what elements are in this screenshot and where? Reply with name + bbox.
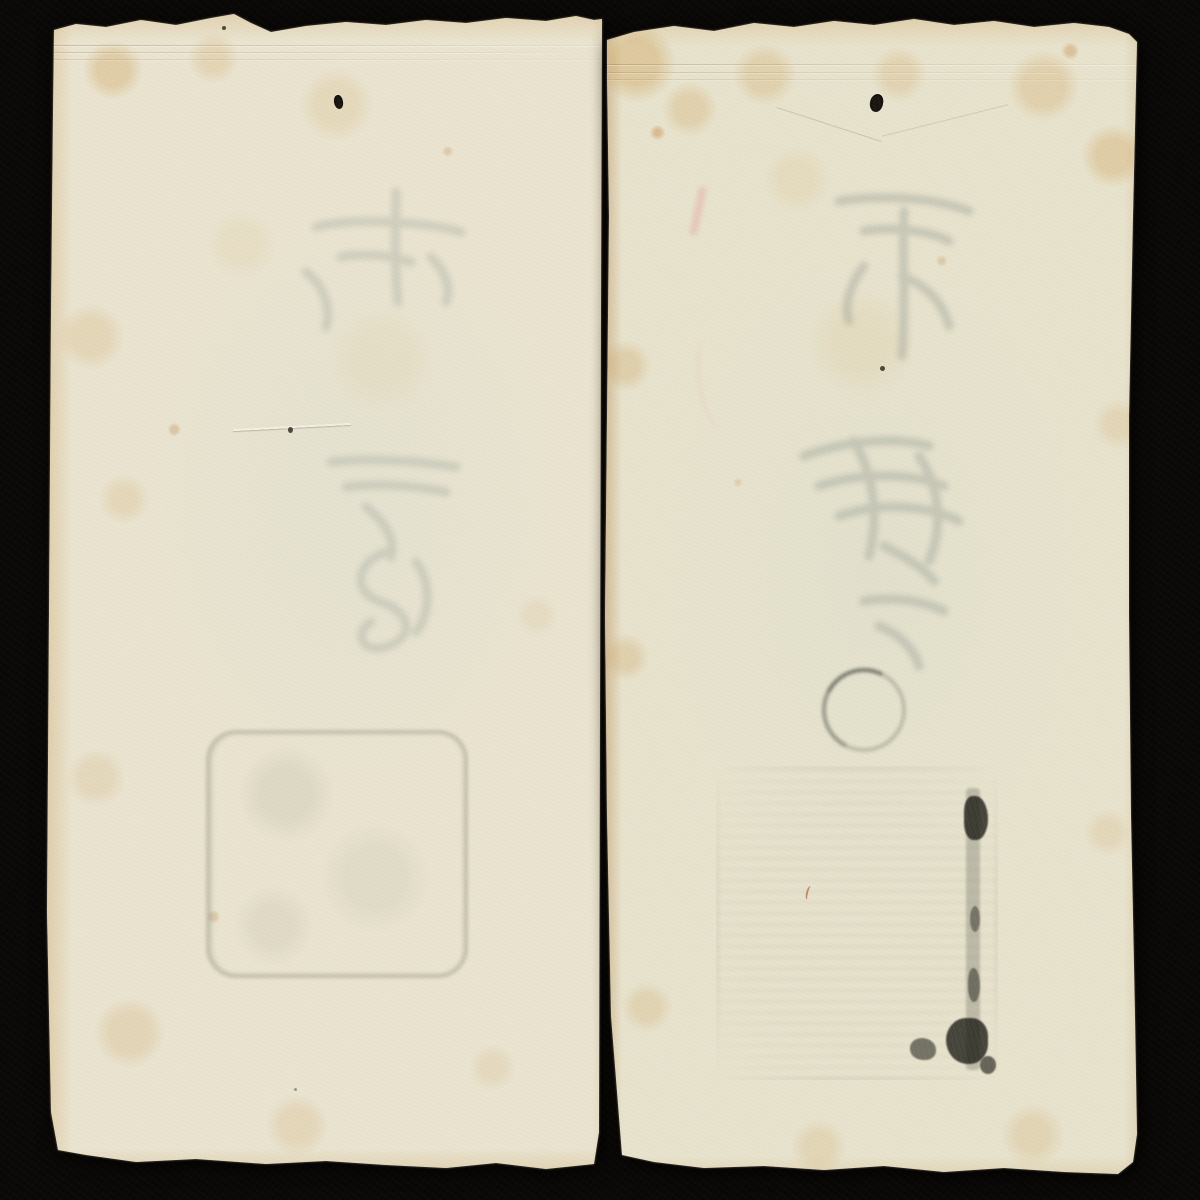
left-note-wrapper xyxy=(46,12,604,1172)
right-note-ink-blotch xyxy=(946,1018,988,1064)
right-note-wrapper xyxy=(604,16,1140,1182)
left-note-ink-bleedthrough xyxy=(246,162,526,742)
right-note-crease-line xyxy=(604,64,1140,65)
right-note-dark-speck xyxy=(880,366,885,371)
right-note-crease-line xyxy=(604,79,1140,80)
right-note xyxy=(604,16,1140,1182)
right-note-ink-blotch xyxy=(910,1038,936,1060)
right-note-hole-crease xyxy=(777,107,882,142)
right-note-ink-blotch xyxy=(964,796,988,840)
left-note-seal-impression xyxy=(206,730,468,978)
photo-backdrop: { "scene": { "description": "Photograph … xyxy=(0,0,1200,1200)
left-note-crease-line xyxy=(46,45,604,46)
left-note-edge-speck xyxy=(222,26,226,30)
left-note xyxy=(46,12,604,1172)
right-note-pink-mark xyxy=(690,336,738,432)
right-note-circle-seal xyxy=(822,668,906,752)
left-note-crease-line xyxy=(46,52,559,53)
right-note-ink-blotch xyxy=(968,968,980,1002)
right-note-ink-blotch xyxy=(970,906,980,932)
left-note-minor-speck xyxy=(294,1088,297,1091)
right-note-pink-mark xyxy=(689,186,707,237)
right-note-string-hole xyxy=(869,93,885,113)
left-note-mid-crease-speck xyxy=(288,427,293,433)
right-note-hole-crease xyxy=(882,104,1008,136)
left-note-string-hole xyxy=(333,94,344,109)
right-note-ink-blotch xyxy=(980,1056,996,1074)
right-note-crease-line xyxy=(604,72,1060,73)
right-note-ink-bleedthrough xyxy=(744,156,1044,716)
left-note-crease-line xyxy=(46,59,604,60)
